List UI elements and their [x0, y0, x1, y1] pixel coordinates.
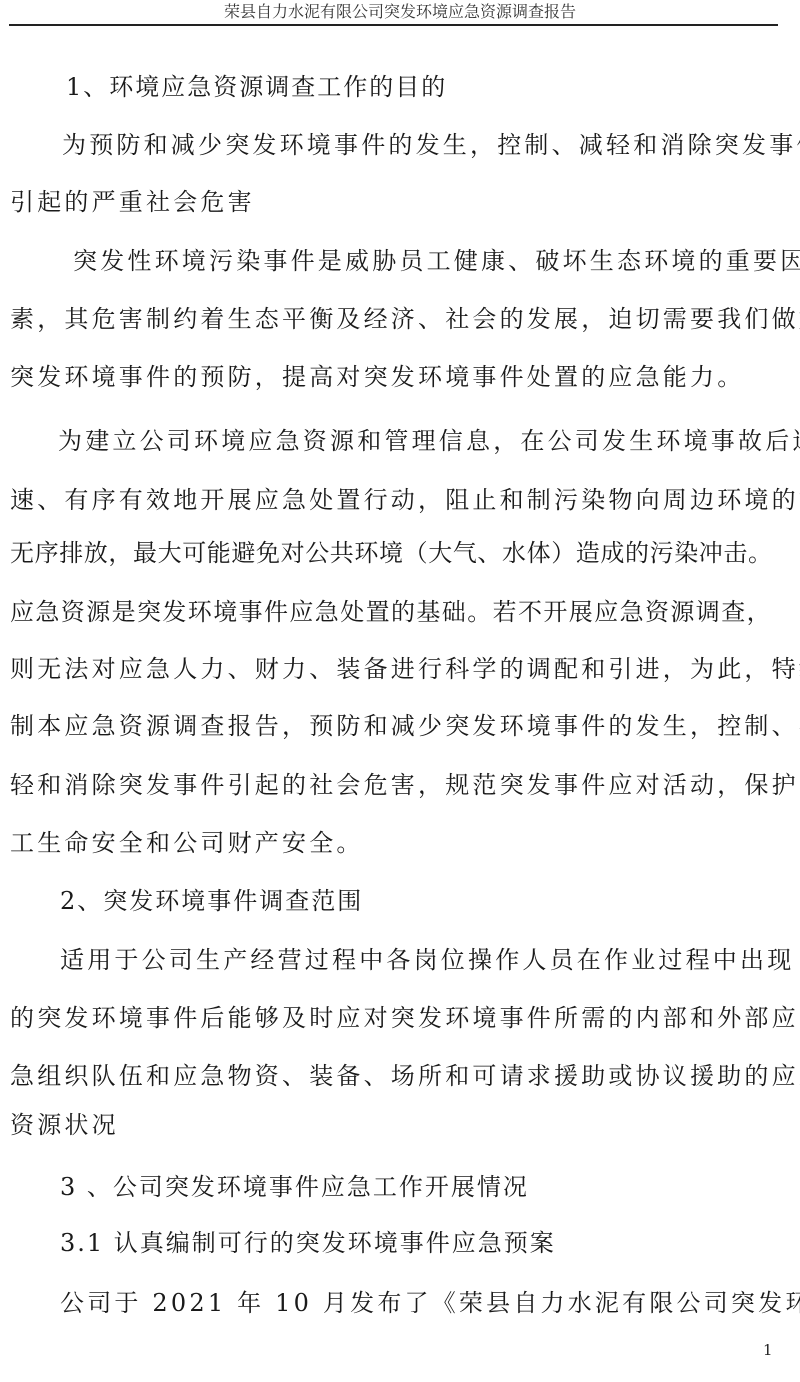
- paragraph-line: 突发性环境污染事件是威胁员工健康、破坏生态环境的重要因: [73, 246, 800, 276]
- paragraph-line: 轻和消除突发事件引起的社会危害，规范突发事件应对活动，保护员: [10, 770, 800, 800]
- paragraph-line: 引起的严重社会危害: [10, 187, 255, 217]
- page-header: 荣县自力水泥有限公司突发环境应急资源调查报告: [0, 0, 800, 25]
- paragraph-line: 应急资源是突发环境事件应急处置的基础。若不开展应急资源调查，: [10, 597, 772, 627]
- paragraph-line: 适用于公司生产经营过程中各岗位操作人员在作业过程中出现: [60, 945, 794, 975]
- section-3-1-heading: 3.1 认真编制可行的突发环境事件应急预案: [60, 1228, 556, 1258]
- paragraph-line: 急组织队伍和应急物资、装备、场所和可请求援助或协议援助的应急: [10, 1061, 800, 1091]
- paragraph-line: 速、有序有效地开展应急处置行动，阻止和制污染物向周边环境的能: [10, 485, 800, 515]
- paragraph-line: 则无法对应急人力、财力、装备进行科学的调配和引进，为此，特编: [10, 654, 800, 684]
- paragraph-line: 资源状况: [10, 1110, 119, 1140]
- paragraph-line: 制本应急资源调查报告，预防和减少突发环境事件的发生，控制、减: [10, 711, 800, 741]
- section-1-heading: 1、环境应急资源调查工作的目的: [66, 72, 447, 102]
- header-title: 荣县自力水泥有限公司突发环境应急资源调查报告: [0, 2, 800, 22]
- paragraph-line: 无序排放，最大可能避免对公共环境（大气、水体）造成的污染冲击。: [10, 538, 773, 568]
- paragraph-line: 为预防和减少突发环境事件的发生，控制、减轻和消除突发事件: [62, 130, 800, 160]
- paragraph-line: 的突发环境事件后能够及时应对突发环境事件所需的内部和外部应: [10, 1003, 799, 1033]
- paragraph-line: 突发环境事件的预防，提高对突发环境事件处置的应急能力。: [10, 362, 744, 392]
- paragraph-line: 工生命安全和公司财产安全。: [10, 828, 364, 858]
- page-number: 1: [763, 1340, 773, 1360]
- paragraph-line: 素，其危害制约着生态平衡及经济、社会的发展，迫切需要我们做好: [10, 304, 800, 334]
- paragraph-line: 为建立公司环境应急资源和管理信息，在公司发生环境事故后迅: [58, 426, 800, 456]
- section-3-heading: 3 、公司突发环境事件应急工作开展情况: [60, 1172, 529, 1202]
- header-rule: [9, 24, 778, 26]
- paragraph-line: 公司于 2021 年 10 月发布了《荣县自力水泥有限公司突发环境事: [60, 1288, 800, 1318]
- section-2-heading: 2、突发环境事件调查范围: [60, 886, 363, 916]
